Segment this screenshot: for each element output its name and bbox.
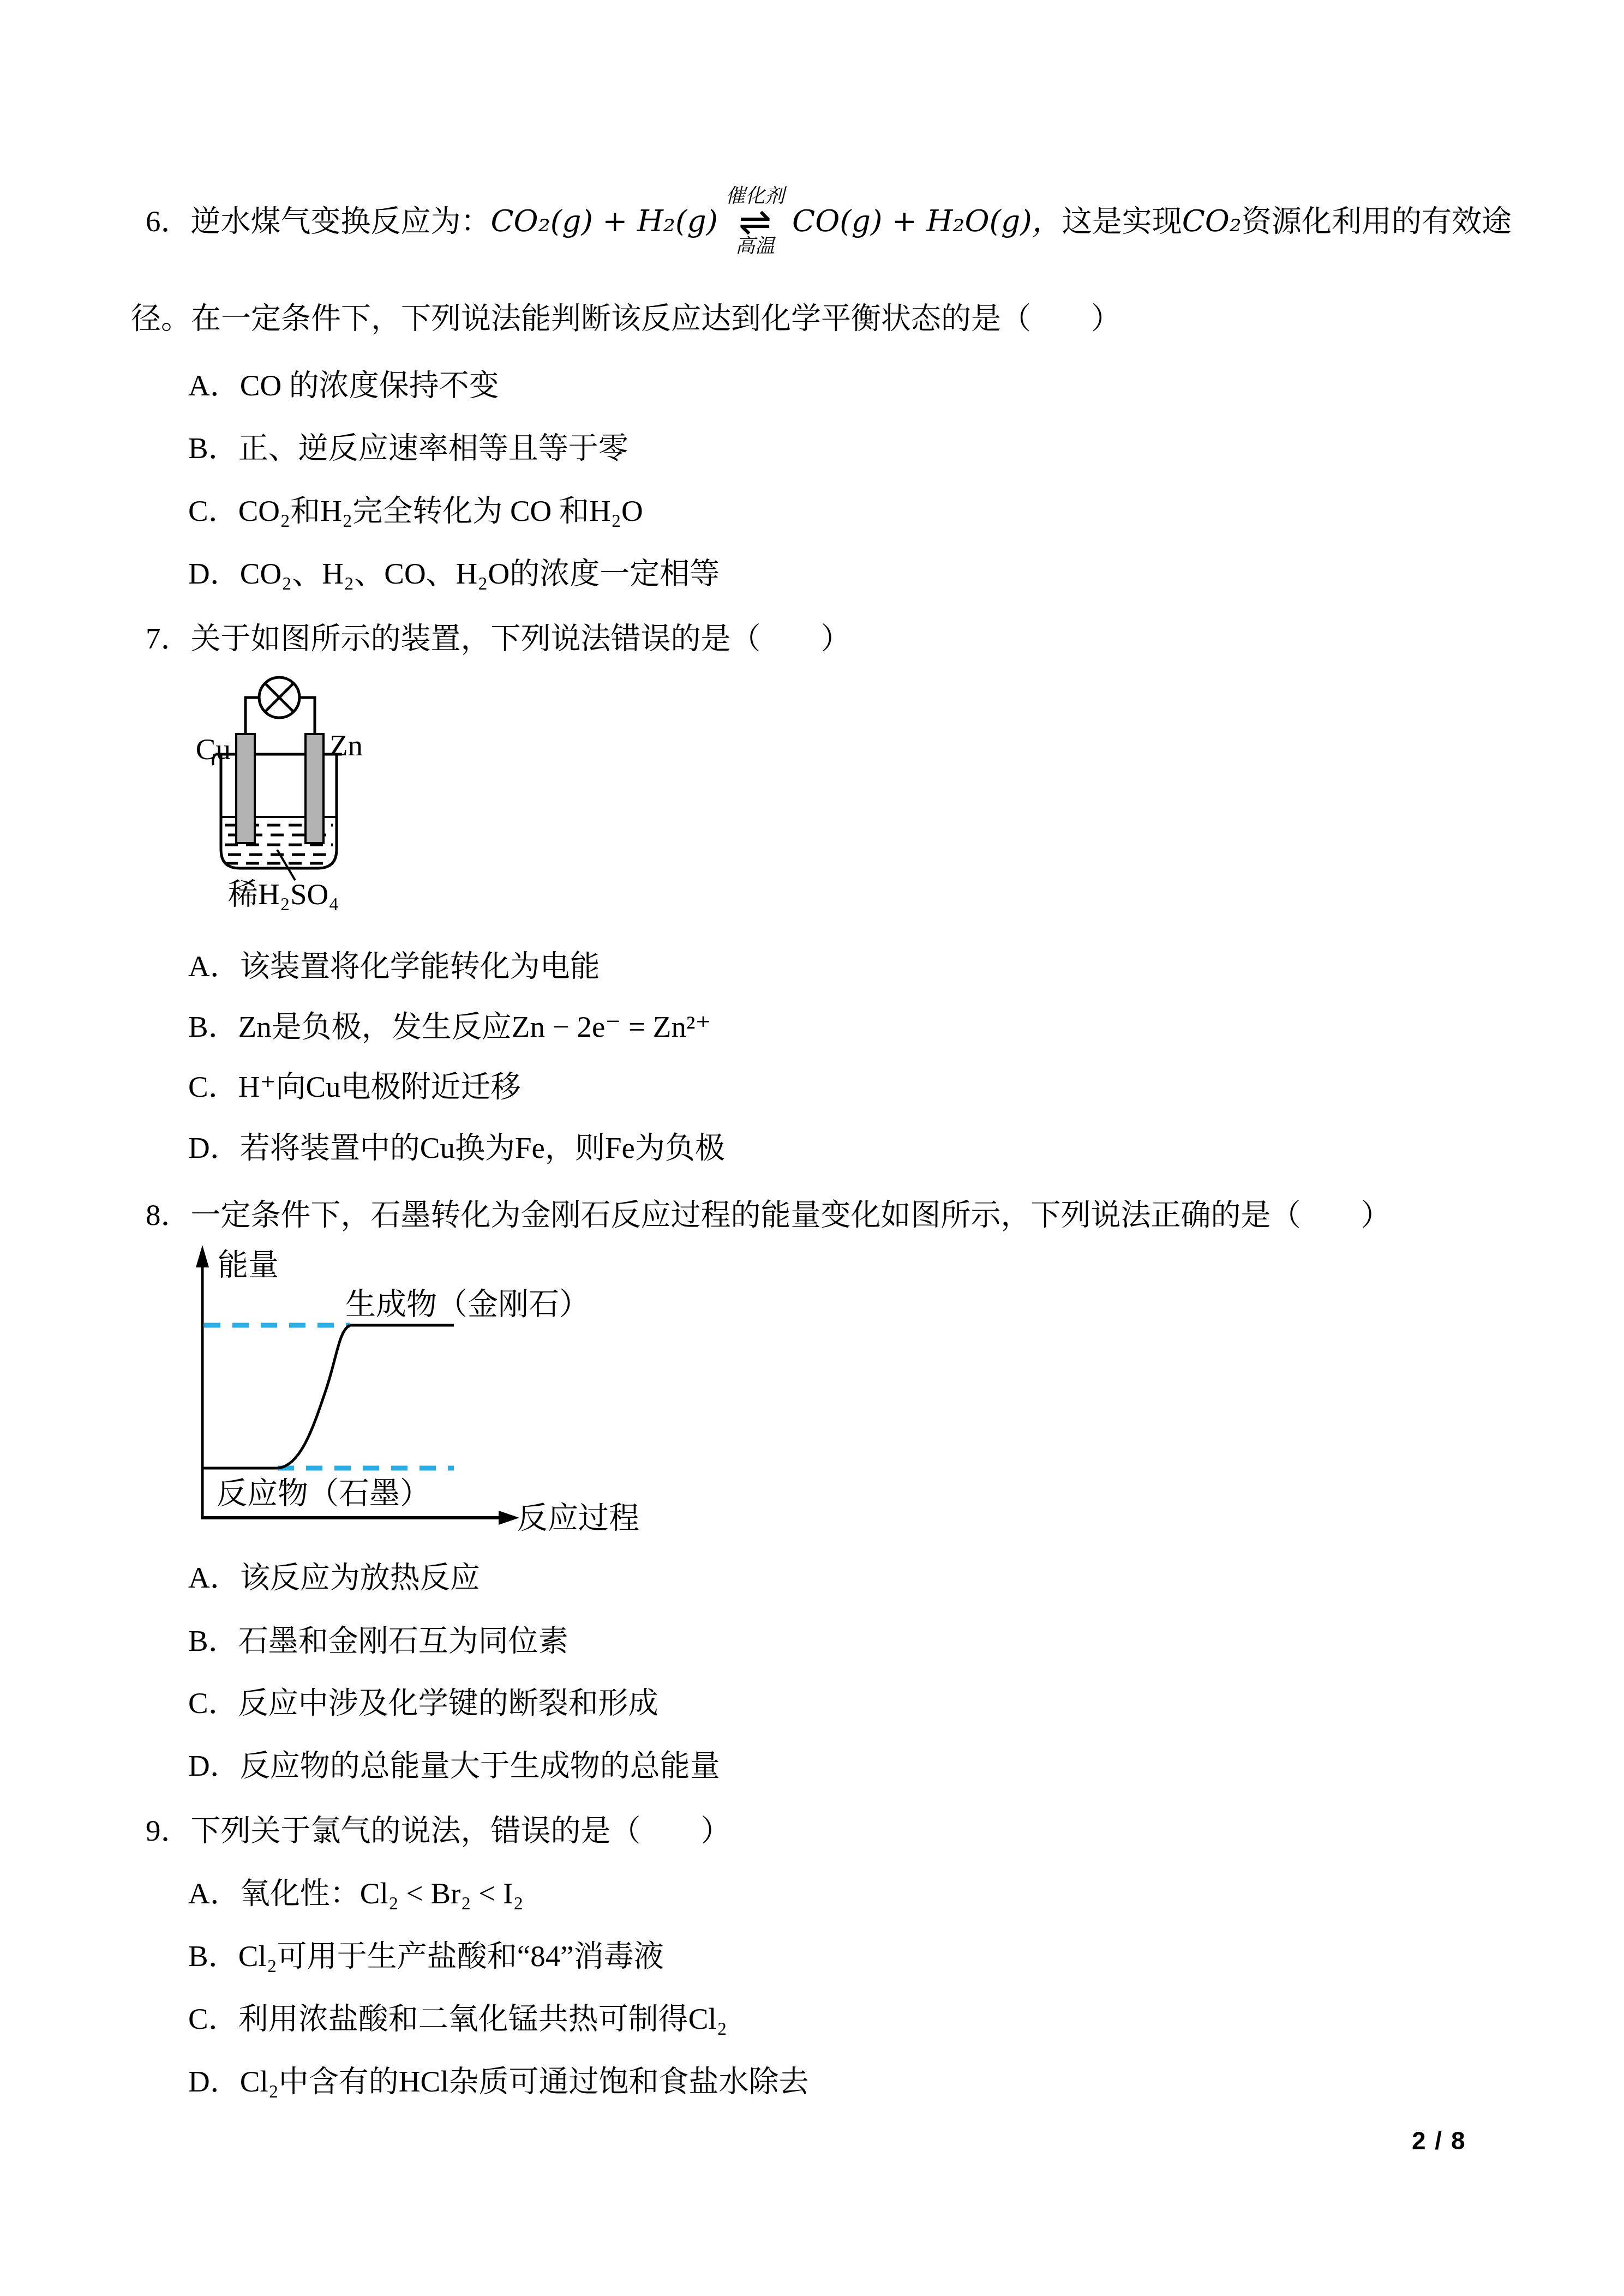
q9-title: 9．下列关于氯气的说法，错误的是（ ） — [146, 1813, 731, 1848]
q7-title: 7．关于如图所示的装置，下列说法错误的是（ ） — [146, 621, 851, 656]
q6-option-b: B．正、逆反应速率相等且等于零 — [188, 431, 628, 465]
equilibrium-harpoon-icon: ⇌ — [739, 207, 771, 236]
q8-title: 8．一定条件下，石墨转化为金刚石反应过程的能量变化如图所示，下列说法正确的是（ … — [146, 1198, 1391, 1232]
q7-option-a: A．该装置将化学能转化为电能 — [188, 949, 600, 983]
q8-option-a: A．该反应为放热反应 — [188, 1560, 480, 1595]
q6-title-line2: 径。在一定条件下，下列说法能判断该反应达到化学平衡状态的是（ ） — [131, 301, 1121, 335]
y-axis-arrow-icon — [196, 1245, 209, 1267]
q6-intro: 6．逆水煤气变换反应为： — [146, 204, 491, 238]
q6-tail-post: 资源化利用的有效途 — [1242, 204, 1512, 238]
q7-option-d: D．若将装置中的Cu换为Fe，则Fe为负极 — [188, 1131, 725, 1165]
q6-tail-pre: 这是实现 — [1062, 204, 1182, 238]
q8-option-b: B．石墨和金刚石互为同位素 — [188, 1624, 568, 1658]
energy-diagram-figure: 能量 生成物（金刚石） 反应物（石墨） 反应过程 — [191, 1243, 660, 1535]
zn-label: Zn — [329, 729, 363, 762]
q9-option-d: D．Cl₂中含有的HCl杂质可通过饱和食盐水除去 — [188, 2064, 809, 2099]
page-number: 2 / 8 — [1412, 2126, 1466, 2155]
galvanic-cell-figure: Cu Zn 稀H₂SO₄ — [180, 674, 371, 916]
q7-option-c: C．H⁺向Cu电极附近迁移 — [188, 1069, 521, 1104]
q8-option-d: D．反应物的总能量大于生成物的总能量 — [188, 1748, 720, 1783]
q6-equation-right: CO(g) + H₂O(g)， — [792, 204, 1062, 238]
q7-option-b: B．Zn是负极，发生反应Zn − 2e⁻ = Zn²⁺ — [188, 1009, 711, 1044]
zn-electrode — [305, 734, 323, 843]
wire-right — [299, 698, 315, 734]
q6-option-c: C．CO₂和H₂完全转化为 CO 和H₂O — [188, 494, 643, 528]
q6-option-d: D．CO₂、H₂、CO、H₂O的浓度一定相等 — [188, 556, 720, 591]
solution-label: 稀H₂SO₄ — [228, 877, 339, 911]
q9-option-b: B．Cl₂可用于生产盐酸和“84”消毒液 — [188, 1939, 664, 1973]
q6-title: 6．逆水煤气变换反应为： CO₂(g) + H₂(g) 催化剂 ⇌ 高温 CO(… — [146, 178, 1512, 265]
q6-option-a: A．CO 的浓度保持不变 — [188, 368, 499, 402]
q6-equation-left: CO₂(g) + H₂(g) — [491, 204, 718, 238]
process-axis-label: 反应过程 — [517, 1501, 639, 1535]
condition-label: 高温 — [735, 236, 775, 257]
reactant-label: 反应物（石墨） — [217, 1477, 430, 1511]
wire-left — [245, 698, 259, 734]
energy-axis-label: 能量 — [218, 1248, 279, 1282]
energy-curve — [278, 1325, 350, 1468]
equilibrium-arrow: 催化剂 ⇌ 高温 — [726, 186, 784, 257]
q9-option-a: A．氧化性：Cl₂ < Br₂ < I₂ — [188, 1876, 524, 1910]
product-label: 生成物（金刚石） — [345, 1288, 590, 1321]
x-axis-arrow-icon — [499, 1511, 519, 1525]
cu-label: Cu — [196, 732, 231, 766]
q8-option-c: C．反应中涉及化学键的断裂和形成 — [188, 1686, 658, 1720]
q6-tail-formula: CO₂ — [1182, 204, 1242, 238]
q9-option-c: C．利用浓盐酸和二氧化锰共热可制得Cl₂ — [188, 2002, 727, 2036]
cu-electrode — [236, 734, 255, 843]
